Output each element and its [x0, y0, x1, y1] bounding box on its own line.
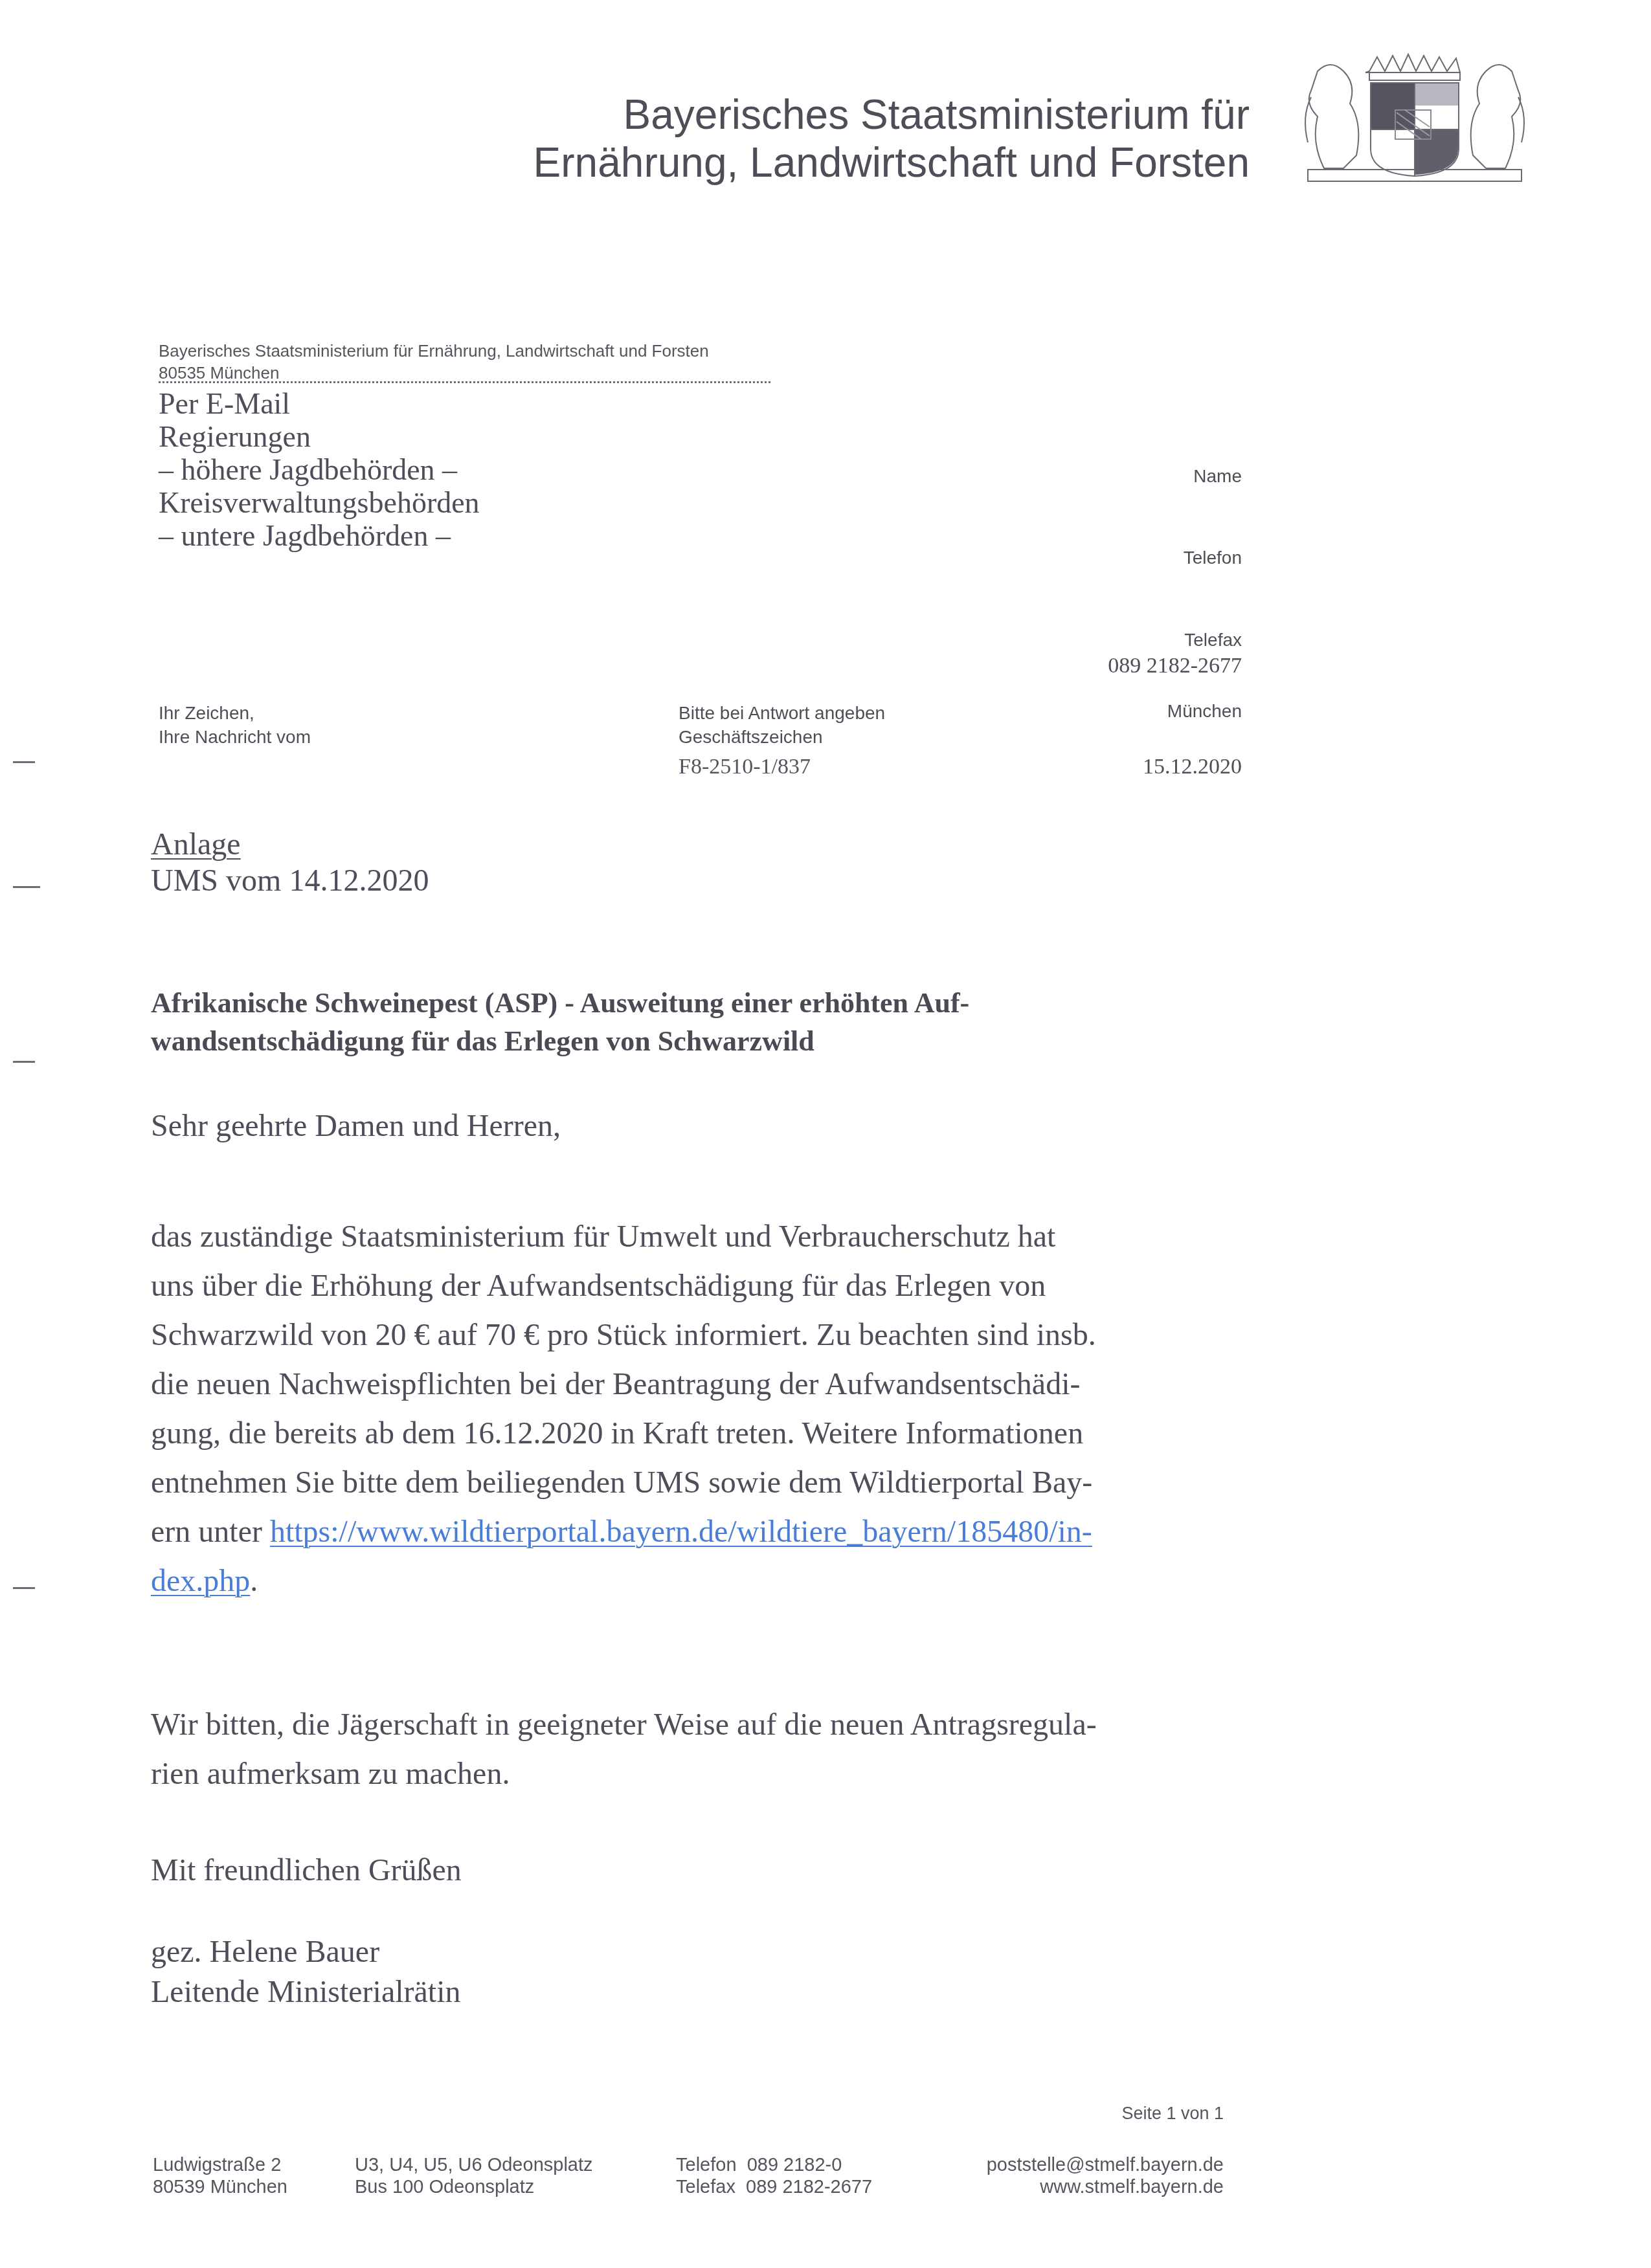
- body-line-with-link: ern unter https://www.wildtierportal.bay…: [151, 1507, 1096, 1557]
- file-number-label: Geschäftszeichen: [679, 725, 885, 749]
- sender-divider: [159, 381, 770, 383]
- recipient-line: Kreisverwaltungsbehörden: [159, 486, 480, 519]
- wildtierportal-link[interactable]: https://www.wildtierportal.bayern.de/wil…: [270, 1515, 1092, 1549]
- footer-fax-line: Telefax 089 2182-2677: [676, 2176, 872, 2198]
- fold-mark: [13, 761, 35, 763]
- link-suffix: .: [250, 1564, 258, 1598]
- footer-website[interactable]: www.stmelf.bayern.de: [987, 2176, 1224, 2198]
- sender-name: Bayerisches Staatsministerium für Ernähr…: [159, 340, 709, 362]
- fold-mark: [13, 1061, 35, 1063]
- body-line: das zuständige Staatsministerium für Umw…: [151, 1212, 1096, 1262]
- footer-subway: U3, U4, U5, U6 Odeonsplatz: [355, 2154, 593, 2176]
- closing: Mit freundlichen Grüßen: [151, 1852, 462, 1888]
- body-line: uns über die Erhöhung der Aufwandsentsch…: [151, 1262, 1096, 1311]
- signatory-name: gez. Helene Bauer: [151, 1932, 461, 1972]
- place-label: München: [1167, 701, 1242, 722]
- recipient-line: – untere Jagdbehörden –: [159, 519, 480, 552]
- subject: Afrikanische Schweinepest (ASP) - Auswei…: [151, 984, 969, 1060]
- footer-transit: U3, U4, U5, U6 Odeonsplatz Bus 100 Odeon…: [355, 2154, 593, 2198]
- subject-line: wandsentschädigung für das Erlegen von S…: [151, 1022, 969, 1060]
- request-line: Wir bitten, die Jägerschaft in geeignete…: [151, 1700, 1097, 1750]
- page-indicator: Seite 1 von 1: [1121, 2104, 1224, 2124]
- subject-line: Afrikanische Schweinepest (ASP) - Auswei…: [151, 984, 969, 1022]
- attachment-item: UMS vom 14.12.2020: [151, 863, 429, 899]
- footer-street: Ludwigstraße 2: [153, 2154, 287, 2176]
- body-line: Schwarzwild von 20 € auf 70 € pro Stück …: [151, 1311, 1096, 1360]
- wildtierportal-link-continued[interactable]: dex.php: [151, 1564, 250, 1598]
- ministry-title: Bayerisches Staatsministerium für Ernähr…: [533, 91, 1250, 186]
- your-message-label: Ihre Nachricht vom: [159, 725, 311, 749]
- sender-return-address: Bayerisches Staatsministerium für Ernähr…: [159, 340, 709, 384]
- footer-address: Ludwigstraße 2 80539 München: [153, 2154, 287, 2198]
- footer-email[interactable]: poststelle@stmelf.bayern.de: [987, 2154, 1224, 2176]
- footer-contact: poststelle@stmelf.bayern.de www.stmelf.b…: [987, 2154, 1224, 2198]
- body-paragraph: das zuständige Staatsministerium für Umw…: [151, 1212, 1096, 1606]
- body-line: gung, die bereits ab dem 16.12.2020 in K…: [151, 1409, 1096, 1458]
- contact-fax-value: 089 2182-2677: [1108, 654, 1242, 678]
- fold-mark: [13, 1587, 35, 1589]
- recipient-line: – höhere Jagdbehörden –: [159, 453, 480, 486]
- bavarian-coat-of-arms-icon: [1298, 45, 1531, 184]
- recipient-line: Regierungen: [159, 420, 480, 453]
- request-line: rien aufmerksam zu machen.: [151, 1750, 1097, 1799]
- signature-block: gez. Helene Bauer Leitende Ministerialrä…: [151, 1932, 461, 2012]
- punch-mark: [13, 886, 40, 888]
- body-line: die neuen Nachweispflichten bei der Bean…: [151, 1360, 1096, 1409]
- recipient-line: Per E-Mail: [159, 387, 480, 420]
- contact-fax-label: Telefax: [1184, 630, 1242, 650]
- sender-city: 80535 München: [159, 362, 709, 384]
- attachment-label: Anlage: [151, 827, 241, 862]
- your-reference-label: Ihr Zeichen,: [159, 701, 311, 725]
- body-line-with-link: dex.php.: [151, 1557, 1096, 1606]
- signatory-title: Leitende Ministerialrätin: [151, 1972, 461, 2012]
- salutation: Sehr geehrte Damen und Herren,: [151, 1108, 561, 1144]
- attachment-block: Anlage UMS vom 14.12.2020: [151, 827, 429, 899]
- contact-name-label: Name: [1193, 466, 1242, 487]
- footer-phone-line: Telefon 089 2182-0: [676, 2154, 872, 2176]
- file-number: F8-2510-1/837: [679, 755, 811, 779]
- recipient-block: Per E-Mail Regierungen – höhere Jagdbehö…: [159, 387, 480, 552]
- your-reference: Ihr Zeichen, Ihre Nachricht vom: [159, 701, 311, 749]
- ministry-title-line2: Ernährung, Landwirtschaft und Forsten: [533, 139, 1250, 186]
- request-paragraph: Wir bitten, die Jägerschaft in geeignete…: [151, 1700, 1097, 1799]
- link-prefix: ern unter: [151, 1515, 270, 1549]
- footer-bus: Bus 100 Odeonsplatz: [355, 2176, 593, 2198]
- footer-phone: Telefon 089 2182-0 Telefax 089 2182-2677: [676, 2154, 872, 2198]
- footer-city: 80539 München: [153, 2176, 287, 2198]
- letter-date: 15.12.2020: [1143, 755, 1242, 779]
- body-line: entnehmen Sie bitte dem beiliegenden UMS…: [151, 1458, 1096, 1507]
- contact-phone-label: Telefon: [1184, 548, 1242, 568]
- our-reference: Bitte bei Antwort angeben Geschäftszeich…: [679, 701, 885, 749]
- reply-note: Bitte bei Antwort angeben: [679, 701, 885, 725]
- ministry-title-line1: Bayerisches Staatsministerium für: [533, 91, 1250, 139]
